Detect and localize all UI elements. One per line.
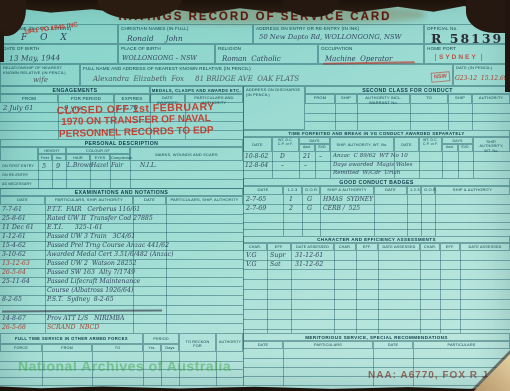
- pd-row2-label: ON RE-ENTRY: [0, 172, 38, 178]
- christian-names-box: CHRISTIAN NAMES (IN FULL) Ronald John: [118, 24, 253, 44]
- exam-row-date: 7-7-61: [2, 206, 22, 213]
- torn-edge-right: [505, 0, 510, 92]
- exam-row-date: 11 Dec 61: [2, 224, 34, 231]
- second-class-col-authority-warrant: AUTHORITY INCL. WARRANT No.: [357, 94, 410, 104]
- other-authority-label: AUTHORITY: [216, 333, 243, 352]
- exam-row-part: P.S.T. Sydney 8-2-65: [47, 296, 114, 303]
- dob-box: DATE OF BIRTH 13 May, 1944: [0, 44, 118, 64]
- rule: [45, 205, 46, 333]
- pob-label: PLACE OF BIRTH: [119, 45, 214, 52]
- badges-col-123a: 1.2.3: [283, 186, 302, 195]
- forfeit-col-wt1: WT, D.C. C.P. or F.: [272, 137, 299, 152]
- exam-row-part: Passed Prel Trng Course Anzac 441/62: [47, 242, 169, 249]
- rule: [243, 319, 510, 320]
- badges-col-shipa: SHIP & AUTHORITY: [320, 186, 374, 195]
- forfeit-r1-wt: D: [280, 153, 285, 160]
- pd-feet-label: Feet: [38, 154, 52, 161]
- rule: [410, 104, 411, 130]
- rule: [460, 251, 461, 333]
- rule: [243, 289, 510, 290]
- home-port-box: HOME PORT SYDNEY: [424, 44, 510, 64]
- dob-label: DATE OF BIRTH: [1, 45, 117, 52]
- rule: [421, 195, 422, 236]
- rule: [419, 152, 420, 178]
- forfeit-r2-wt: –: [281, 162, 284, 169]
- pd-ins-value: 9: [56, 162, 60, 170]
- other-col-force: FORCE: [0, 344, 42, 352]
- medals-title: MEDALS, CLASPS AND AWARDS ETC.: [150, 86, 243, 94]
- exams-col-part1: PARTICULARS, SHIP, AUTHORITY: [45, 196, 133, 205]
- assess-col-date3: DATE ASSESSED: [460, 243, 510, 251]
- rule: [52, 161, 53, 188]
- assess-r1-char: V.G: [246, 252, 256, 259]
- badges-col-123b: 1.2.3: [407, 186, 421, 195]
- pd-colour-label: COLOUR OF: [66, 147, 130, 154]
- assess-col-date1: DATE ASSESSED: [291, 243, 334, 251]
- pd-eyes-value: Hazel: [91, 162, 108, 169]
- exams-col-date1: DATE: [0, 196, 45, 205]
- forfeit-r1-svd: –: [319, 153, 322, 160]
- address-entry-label: ADDRESS ON ENTRY OR RE-ENTRY (IN INK): [254, 25, 423, 32]
- forfeit-r1-awd: 21: [303, 153, 311, 160]
- rule: [243, 269, 510, 270]
- engagements-col-period: FOR PERIOD: [58, 94, 114, 103]
- archives-watermark: National Archives of Australia: [18, 358, 231, 374]
- second-class-col-to: TO: [410, 94, 448, 104]
- rule: [330, 152, 331, 178]
- relative-name-label: FULL NAME AND ADDRESS OF NEAREST KNOWN R…: [81, 65, 452, 72]
- pd-height-label: HEIGHT: [38, 147, 66, 154]
- home-port-label: HOME PORT: [425, 45, 509, 52]
- closed-off-stamp: CLOSED OFF 1st FEBRUARY 1970 ON TRANSFER…: [30, 100, 243, 141]
- forfeit-col-ship1: SHIP, AUTHORITY, WT. No.: [330, 137, 394, 152]
- exam-row-date: 25-11-64: [2, 278, 30, 285]
- rule: [0, 214, 243, 215]
- nsw-stamp: NSW: [431, 71, 451, 83]
- rule: [458, 152, 459, 178]
- exam-row-part: Prov ATT L/S NIRIMBA: [47, 315, 124, 322]
- scanned-service-card: RATINGS RECORD OF SERVICE CARD SURNAME (…: [0, 0, 510, 391]
- rule: [0, 268, 243, 269]
- exam-row-part: E.T.I. 325-1-61: [47, 224, 103, 231]
- religion-value: Roman Catholic: [222, 55, 281, 63]
- rule: [0, 170, 243, 171]
- badge-r2-g: G: [307, 205, 312, 212]
- rule: [0, 323, 243, 324]
- rule: [243, 309, 510, 310]
- pd-marks-label: MARKS, WOUNDS AND SCARS: [130, 147, 243, 161]
- exam-row-part: Passed UW 3 Train 3C4/61: [47, 233, 135, 240]
- pd-complexion-label: Complexion: [110, 154, 130, 161]
- engagements-title: ENGAGEMENTS: [0, 86, 150, 94]
- card-paper: RATINGS RECORD OF SERVICE CARD SURNAME (…: [0, 0, 510, 391]
- badge-r2-ship: CERB / 525: [323, 205, 360, 212]
- forfeit-col-ship2: SHIP, AUTHORITY, WT. No.: [473, 137, 510, 152]
- merit-col-date1: DATE: [243, 341, 283, 349]
- badges-col-date1: DATE: [243, 186, 283, 195]
- rule: [0, 295, 243, 296]
- rule: [90, 161, 91, 188]
- rule: [407, 195, 408, 236]
- rule: [130, 161, 131, 188]
- rule: [0, 250, 243, 251]
- rule: [38, 161, 39, 188]
- exam-row-date: 26-5-68: [2, 324, 26, 331]
- rule: [315, 152, 316, 178]
- exam-row-part: P.T.T. FAIR Cerberus 116/61: [47, 206, 140, 213]
- pd-feet-value: 5: [42, 162, 46, 170]
- exam-row-part: Rated UW II Transfer Cod 27885: [47, 215, 153, 222]
- rule: [473, 152, 474, 178]
- relative-name-box: FULL NAME AND ADDRESS OF NEAREST KNOWN R…: [80, 64, 453, 86]
- second-class-col-authority: AUTHORITY: [472, 94, 510, 104]
- forfeit-r2-awd: –: [304, 162, 307, 169]
- date-pencil-box: DATE (IN PENCIL) G23-12 15.12.69: [453, 64, 510, 86]
- rule: [442, 152, 443, 178]
- second-class-title: SECOND CLASS FOR CONDUCT: [305, 86, 510, 94]
- pd-hair-value: L.Brown: [67, 162, 93, 169]
- assess-col-eff3: EFF.: [440, 243, 460, 251]
- rule: [267, 251, 268, 333]
- address-discharge-box: ADDRESS ON DISCHARGE (IN PENCIL): [243, 86, 305, 130]
- torn-edge-left: [0, 30, 4, 62]
- rule: [243, 161, 510, 162]
- second-class-col-from: FROM: [305, 94, 335, 104]
- home-port-stamp: SYDNEY: [435, 54, 482, 61]
- badge-r1-ship: HMAS SYDNEY: [323, 196, 373, 203]
- second-class-col-ship2: SHIP: [448, 94, 472, 104]
- rule: [394, 152, 395, 178]
- forfeit-col-svd1: SVD.: [315, 144, 330, 152]
- rule: [0, 179, 243, 180]
- assess-col-char2: CHAR.: [334, 243, 356, 251]
- rule: [243, 329, 510, 330]
- exam-row-part: Course (Albatross 1926/64): [47, 287, 133, 294]
- rule: [243, 279, 510, 280]
- address-entry-box: ADDRESS ON ENTRY OR RE-ENTRY (IN INK) 50…: [253, 24, 424, 44]
- rule: [420, 251, 421, 333]
- rule: [243, 86, 244, 386]
- rule: [0, 241, 243, 242]
- merit-col-date2: DATE: [373, 341, 413, 349]
- time-forfeited-title: TIME FORFEITED AND BREAK IN VG CONDUCT A…: [243, 130, 510, 137]
- rule: [472, 104, 473, 130]
- rule: [299, 152, 300, 178]
- forfeit-r1-date: 10-8-62: [245, 153, 268, 160]
- dob-value: 13 May, 1944: [9, 53, 60, 63]
- rule: [0, 223, 243, 224]
- merit-col-part2: PARTICULARS: [413, 341, 510, 349]
- rule: [334, 251, 335, 333]
- forfeit-col-svd2: SVD.: [458, 144, 473, 152]
- exam-row-part: SCRAND NBCD: [47, 324, 99, 331]
- merit-col-part1: PARTICULARS: [283, 341, 373, 349]
- exam-row-date: 8-2-65: [2, 296, 22, 303]
- other-col-from: FROM: [42, 344, 92, 352]
- address-discharge-label: ADDRESS ON DISCHARGE (IN PENCIL): [244, 87, 304, 98]
- rule: [0, 259, 243, 260]
- exam-row-part: Awarded Medal Cert 3.51/6/482 (Anzac): [47, 251, 173, 258]
- rule: [283, 195, 284, 236]
- assess-col-eff1: EFF.: [267, 243, 291, 251]
- exam-row-date: 14-8-67: [2, 315, 26, 322]
- pd-hair-label: HAIR: [66, 154, 90, 161]
- badge-r1-g: G: [307, 196, 312, 203]
- badge-r2-date: 2-7-69: [246, 205, 266, 212]
- badges-col-gora: G.O.R.: [302, 186, 320, 195]
- exams-col-date2: DATE: [133, 196, 166, 205]
- rule: [0, 305, 243, 306]
- pd-ins-label: Ins.: [52, 154, 66, 161]
- assess-col-char3: CHAR.: [420, 243, 440, 251]
- forfeit-r2-date: 12-8-64: [245, 162, 268, 169]
- good-conduct-title: GOOD CONDUCT BADGES: [243, 178, 510, 186]
- rule: [166, 205, 167, 333]
- christian-names-label: CHRISTIAN NAMES (IN FULL): [119, 25, 252, 32]
- pd-complexion-value: Fair: [111, 162, 123, 169]
- rule: [448, 104, 449, 130]
- rule: [335, 104, 336, 130]
- rule: [440, 251, 441, 333]
- rule: [0, 232, 243, 233]
- rule: [243, 299, 510, 300]
- rule: [291, 251, 292, 333]
- exam-row-date: 25-8-61: [2, 215, 26, 222]
- rule: [243, 170, 510, 171]
- engagements-col-expires: EXPIRES: [114, 94, 150, 103]
- rule: [133, 205, 134, 333]
- religion-box: RELIGION Roman Catholic: [215, 44, 318, 64]
- occupation-box: OCCUPATION Machine Operator: [318, 44, 424, 64]
- assess-col-date2: DATE ASSESSED: [378, 243, 420, 251]
- rule: [66, 161, 67, 188]
- other-reckon-label: TO RECKON FOR: [179, 333, 216, 352]
- assess-r2-char: V.G: [246, 261, 256, 268]
- rule: [110, 161, 111, 188]
- pob-box: PLACE OF BIRTH WOLLONGONG – NSW: [118, 44, 215, 64]
- badge-r1-n: 1: [289, 196, 293, 203]
- date-pencil-value: G23-12 15.12.69: [455, 75, 508, 82]
- rule: [0, 377, 243, 378]
- forfeit-col-date2: DATE: [394, 137, 419, 152]
- relative-relationship-value: wife: [33, 76, 48, 84]
- exam-row-date: 1-12-61: [2, 233, 26, 240]
- forfeit-col-awd2: Awd.: [442, 144, 458, 152]
- exam-row-part: Passed SW 163 Alty 7/1749: [47, 269, 135, 276]
- relative-name-value: Alexandra Elizabeth Fox 81 BRIDGE AVE OA…: [93, 75, 299, 83]
- other-service-title: FULL TIME SERVICE IN OTHER ARMED FORCES: [0, 333, 143, 344]
- exam-row-date: 3-10-62: [2, 251, 26, 258]
- other-col-yrs: Yrs.: [143, 344, 161, 352]
- rule: [356, 251, 357, 333]
- badge-r1-date: 2-7-65: [246, 196, 266, 203]
- assess-r1-date: 31-12-61: [295, 252, 323, 259]
- exams-col-part2: PARTICULARS, SHIP, AUTHORITY: [166, 196, 243, 205]
- relative-relationship-box: RELATIONSHIP OF NEAREST KNOWN RELATIVE (…: [0, 64, 80, 86]
- rule: [243, 260, 510, 261]
- relative-relationship-label: RELATIONSHIP OF NEAREST KNOWN RELATIVE (…: [1, 65, 79, 76]
- rule: [378, 251, 379, 333]
- exam-row-date: 15-4-62: [2, 242, 26, 249]
- forfeit-col-wt2: WT, D.C. C.P. or F.: [419, 137, 442, 152]
- exam-row-date: 26-5-64: [2, 269, 26, 276]
- rule: [435, 195, 436, 236]
- rule: [302, 195, 303, 236]
- badges-col-date2: DATE: [374, 186, 407, 195]
- forfeit-col-awd1: Awd.: [299, 144, 315, 152]
- naa-reference-watermark: NAA: A6770, FOX R J: [368, 370, 488, 381]
- other-col-days: Days: [161, 344, 179, 352]
- other-col-to: TO: [92, 344, 143, 352]
- pd-eyes-label: EYES: [90, 154, 110, 161]
- rule: [374, 195, 375, 236]
- religion-label: RELIGION: [216, 45, 317, 52]
- other-period-label: PERIOD: [143, 333, 179, 344]
- exam-row-part: Passed UW 2 Watson 28252: [47, 260, 136, 267]
- rule: [272, 152, 273, 178]
- forfeit-r1-ship: Anzac C 89/62 WT No 10: [333, 153, 408, 159]
- personal-description-title: PERSONAL DESCRIPTION: [0, 139, 243, 147]
- assess-col-char1: CHAR.: [243, 243, 267, 251]
- assess-r2-eff: Sat: [270, 261, 281, 268]
- forfeit-r2-ship: Days awarded Magis Wales: [333, 162, 412, 168]
- assess-col-eff2: EFF.: [356, 243, 378, 251]
- assess-r2-date: 31-12-62: [295, 261, 323, 268]
- pd-row3-label: AS NECESSARY: [0, 181, 38, 187]
- rule: [0, 277, 243, 278]
- assess-r1-eff: Supr: [270, 252, 285, 259]
- pd-row1-label: ON FIRST ENTRY: [0, 163, 38, 169]
- forfeit-col-date1: DATE: [243, 137, 272, 152]
- pd-marks-value: N.I.L.: [140, 162, 157, 169]
- exam-row-date: 13-12-63: [2, 260, 30, 267]
- examinations-title: EXAMINATIONS AND NOTATIONS: [0, 188, 243, 196]
- pob-value: WOLLONGONG – NSW: [122, 55, 197, 62]
- forfeit-col-days1: DAYS: [299, 137, 330, 144]
- meritorious-title: MERITORIOUS SERVICE, SPECIAL RECOMMENDAT…: [243, 333, 510, 341]
- engagements-col-from: FROM: [0, 94, 58, 103]
- address-entry-value: 50 New Dapto Rd, WOLLONGONG, NSW: [259, 33, 402, 41]
- rule: [0, 385, 243, 386]
- struck-entry: [2, 309, 162, 312]
- rule: [0, 314, 243, 315]
- date-pencil-label: DATE (IN PENCIL): [454, 65, 509, 72]
- badges-col-gorb: G.O.R.: [421, 186, 435, 195]
- second-class-col-ship: SHIP: [335, 94, 357, 104]
- christian-names-value: Ronald John: [127, 34, 183, 43]
- badges-col-shipb: SHIP & AUTHORITY: [435, 186, 510, 195]
- rule: [357, 104, 358, 130]
- rule: [0, 286, 243, 287]
- pd-rowlabel-spacer: [0, 147, 38, 161]
- assessments-title: CHARACTER AND EFFICIENCY ASSESSMENTS: [243, 236, 510, 243]
- rule: [320, 195, 321, 236]
- exam-row-part: Passed Lifecraft Maintenance: [47, 278, 140, 285]
- badge-r2-n: 2: [289, 205, 293, 212]
- occupation-label: OCCUPATION: [319, 45, 423, 52]
- forfeit-col-days2: DAYS: [442, 137, 473, 144]
- rule: [283, 349, 284, 386]
